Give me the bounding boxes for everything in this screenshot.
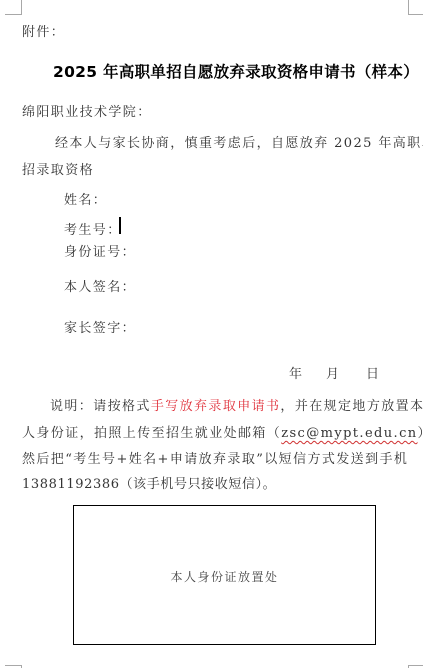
- note-suffix: ，并在规定地方放置本: [280, 399, 423, 414]
- note-line-1: 说明：请按格式手写放弃录取申请书，并在规定地方放置本: [50, 395, 423, 414]
- date-month: 月: [326, 363, 340, 382]
- document-title: 2025 年高职单招自愿放弃录取资格申请书（样本）: [53, 60, 419, 82]
- field-parent-signature-label: 家长签字：: [64, 317, 136, 336]
- page-corner-mark-top-left: [5, 0, 22, 15]
- id-card-placement-label: 本人身份证放置处: [74, 568, 375, 585]
- body-line-2: 招录取资格: [22, 159, 94, 178]
- note-line-2-end: ），: [418, 426, 423, 441]
- note-prefix: 说明：请按格式: [50, 399, 151, 414]
- note-line-4: 13881192386（该手机号只接收短信）。: [22, 473, 276, 492]
- email-address: zsc@mypt.edu.cn: [281, 426, 417, 441]
- body-line-1: 经本人与家长协商，慎重考虑后，自愿放弃 2025 年高职单: [55, 132, 423, 151]
- note-line-2-text: 人身份证，拍照上传至招生就业处邮箱（: [22, 426, 281, 441]
- recipient: 绵阳职业技术学院：: [22, 101, 152, 120]
- note-line-2: 人身份证，拍照上传至招生就业处邮箱（zsc@mypt.edu.cn），: [22, 422, 423, 441]
- date-day: 日: [366, 363, 380, 382]
- id-card-placement-box: 本人身份证放置处: [73, 505, 376, 645]
- attachment-label: 附件：: [22, 21, 65, 40]
- field-exam-no-label: 考生号：: [64, 219, 122, 238]
- field-id-no-label: 身份证号：: [64, 241, 136, 260]
- date-year: 年: [289, 363, 303, 382]
- field-name-label: 姓名：: [64, 189, 107, 208]
- page-corner-mark-top-right: [408, 0, 423, 15]
- note-highlight: 手写放弃录取申请书: [151, 399, 281, 414]
- note-line-3: 然后把“考生号+姓名+申请放弃录取”以短信方式发送到手机: [22, 448, 408, 467]
- field-self-signature-label: 本人签名：: [64, 276, 136, 295]
- text-cursor: [119, 217, 121, 234]
